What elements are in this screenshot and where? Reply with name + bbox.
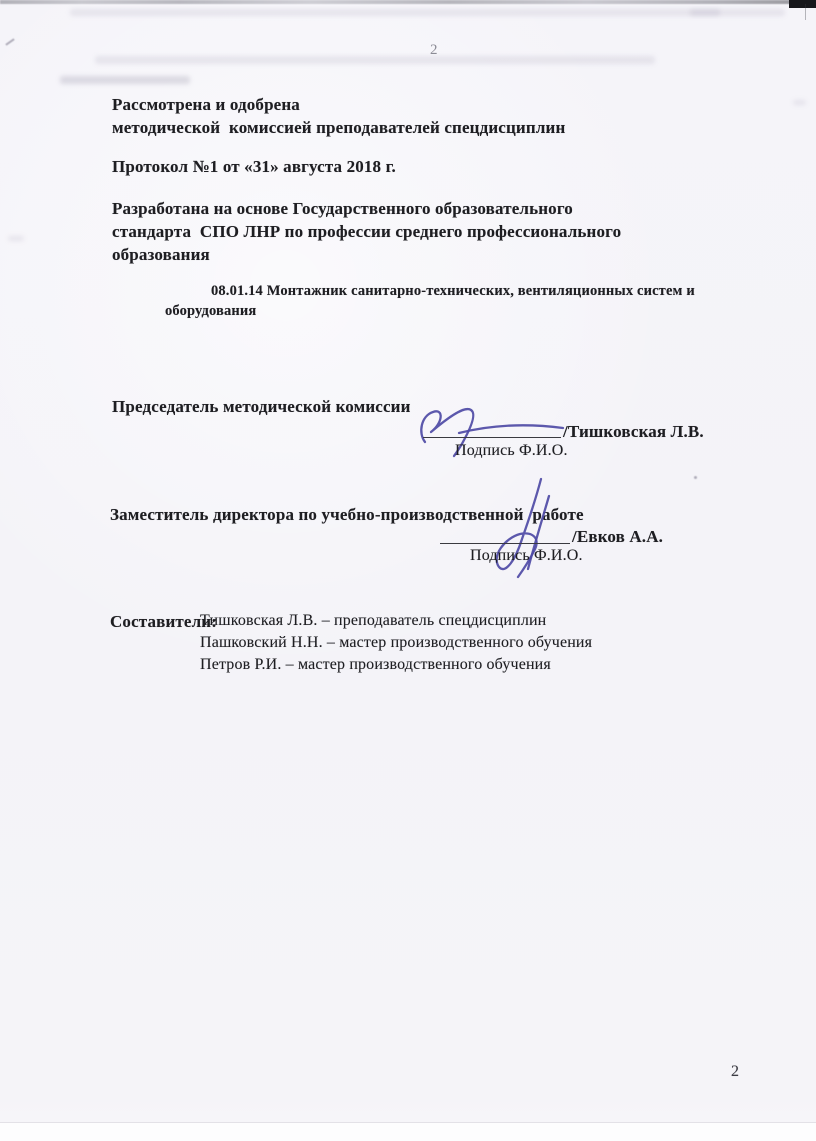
bleed-through-smudge [70,9,720,16]
bleed-through-smudge [60,76,190,84]
bleed-through-smudge [690,9,785,16]
basis-line2: стандарта СПО ЛНР по профессии среднего … [112,223,621,240]
bleed-through-smudge [95,56,655,64]
signature2-name: /Евков А.А. [572,528,663,545]
scan-speck [5,38,14,45]
author-item: Пашковский Н.Н. – мастер производственно… [200,635,592,651]
signature1-line [423,437,561,438]
signature2-ink-scribble [485,476,565,584]
page-number-top: 2 [430,42,438,59]
scan-top-edge-shadow [0,0,816,4]
scanned-document-page: 2 Рассмотрена и одобрена методической ко… [0,0,816,1141]
protocol-line: Протокол №1 от «31» августа 2018 г. [112,158,396,175]
profession-code-line1: 08.01.14 Монтажник санитарно-технических… [211,284,695,299]
approval-reviewed-line1: Рассмотрена и одобрена [112,96,300,113]
scan-bottom-strip [0,1122,816,1141]
author-item: Тишковская Л.В. – преподаватель спецдисц… [200,613,546,629]
bleed-through-smudge [793,100,806,105]
profession-code-line2: оборудования [165,304,256,319]
approval-reviewed-line2: методической комиссией преподавателей сп… [112,119,565,136]
signature1-caption: Подпись Ф.И.О. [455,443,568,459]
signature1-name: /Тишковская Л.В. [563,423,704,440]
basis-line1: Разработана на основе Государственного о… [112,200,573,217]
bleed-through-smudge [8,236,24,241]
signature2-line [440,543,570,544]
author-item: Петров Р.И. – мастер производственного о… [200,657,551,673]
scan-speck [694,476,697,479]
signature1-role: Председатель методической комиссии [112,398,411,415]
scan-edge-line [805,4,806,20]
scan-corner-mark [789,0,816,8]
page-number-bottom: 2 [731,1063,739,1081]
basis-line3: образования [112,246,210,263]
signature2-caption: Подпись Ф.И.О. [470,548,583,564]
